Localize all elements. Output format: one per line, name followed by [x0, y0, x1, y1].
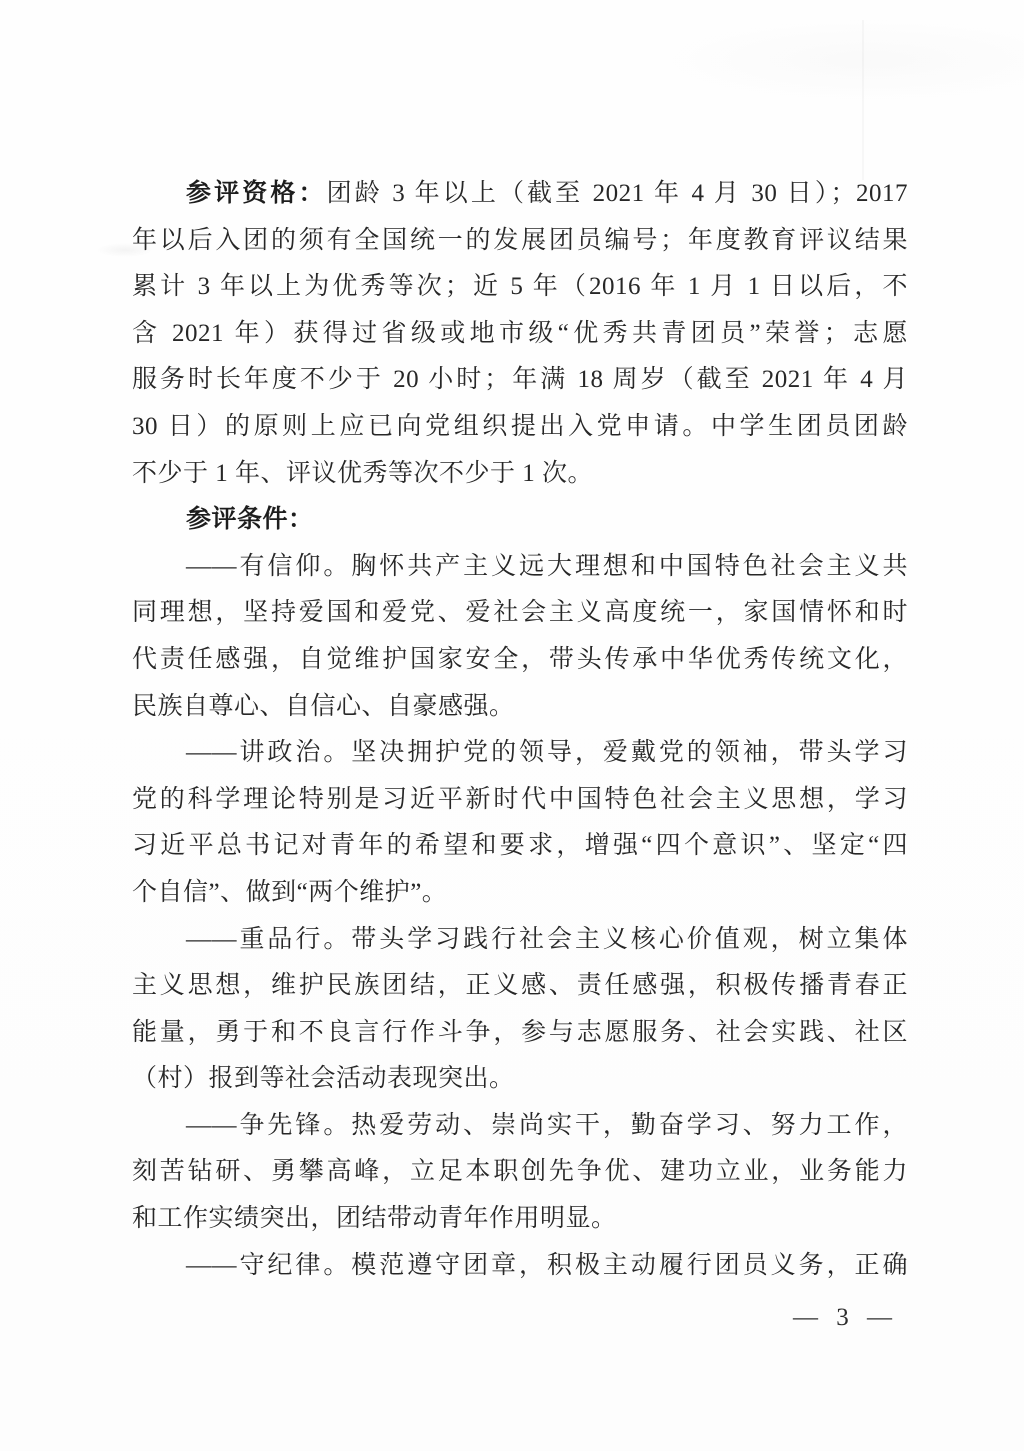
text-block: 参评资格：团龄 3 年以上（截至 2021 年 4 月 30 日）；2017年以…: [132, 171, 908, 1289]
text-line: ——有信仰。胸怀共产主义远大理想和中国特色社会主义共: [132, 544, 908, 591]
text-line: 30 日）的原则上应已向党组织提出入党申请。中学生团员团龄: [132, 404, 908, 451]
text-line: 代责任感强，自觉维护国家安全，带头传承中华优秀传统文化，: [132, 637, 908, 684]
line-text: 刻苦钻研、勇攀高峰，立足本职创先争优、建功立业，业务能力: [132, 1158, 908, 1185]
line-text: 累计 3 年以上为优秀等次；近 5 年（2016 年 1 月 1 日以后，不: [132, 273, 908, 300]
line-lead: 参评资格：: [186, 180, 327, 207]
text-line: 不少于 1 年、评议优秀等次不少于 1 次。: [132, 451, 908, 498]
line-text: ——有信仰。胸怀共产主义远大理想和中国特色社会主义共: [186, 553, 908, 580]
text-line: ——争先锋。热爱劳动、崇尚实干，勤奋学习、努力工作，: [132, 1103, 908, 1150]
page-number: — 3 —: [132, 1304, 908, 1332]
line-text: ——争先锋。热爱劳动、崇尚实干，勤奋学习、努力工作，: [186, 1112, 908, 1139]
line-text: 年以后入团的须有全国统一的发展团员编号；年度教育评议结果: [132, 227, 908, 254]
text-line: 能量，勇于和不良言行作斗争，参与志愿服务、社会实践、社区: [132, 1010, 908, 1057]
line-text: 个自信”、做到“两个维护”。: [132, 879, 447, 906]
text-line: ——讲政治。坚决拥护党的领导，爱戴党的领袖，带头学习: [132, 730, 908, 777]
scan-artifact: [862, 20, 864, 180]
line-text: ——讲政治。坚决拥护党的领导，爱戴党的领袖，带头学习: [186, 739, 908, 766]
text-line: 党的科学理论特别是习近平新时代中国特色社会主义思想，学习: [132, 777, 908, 824]
text-line: （村）报到等社会活动表现突出。: [132, 1056, 908, 1103]
line-text: （村）报到等社会活动表现突出。: [132, 1065, 515, 1092]
line-text: 代责任感强，自觉维护国家安全，带头传承中华优秀传统文化，: [132, 646, 908, 673]
scanned-document-page: 参评资格：团龄 3 年以上（截至 2021 年 4 月 30 日）；2017年以…: [0, 0, 1024, 1451]
text-line: 刻苦钻研、勇攀高峰，立足本职创先争优、建功立业，业务能力: [132, 1149, 908, 1196]
line-text: 同理想，坚持爱国和爱党、爱社会主义高度统一，家国情怀和时: [132, 599, 908, 626]
line-text: 党的科学理论特别是习近平新时代中国特色社会主义思想，学习: [132, 786, 908, 813]
line-text: 30 日）的原则上应已向党组织提出入党申请。中学生团员团龄: [132, 413, 908, 440]
text-line: 习近平总书记对青年的希望和要求，增强“四个意识”、坚定“四: [132, 823, 908, 870]
line-text: ——守纪律。模范遵守团章，积极主动履行团员义务，正确: [186, 1252, 908, 1279]
line-text: 不少于 1 年、评议优秀等次不少于 1 次。: [132, 460, 593, 487]
text-line: 同理想，坚持爱国和爱党、爱社会主义高度统一，家国情怀和时: [132, 590, 908, 637]
text-line: 含 2021 年）获得过省级或地市级“优秀共青团员”荣誉；志愿: [132, 311, 908, 358]
line-lead: 参评条件：: [186, 506, 314, 533]
line-text: 习近平总书记对青年的希望和要求，增强“四个意识”、坚定“四: [132, 832, 908, 859]
text-line: 参评条件：: [132, 497, 908, 544]
text-line: ——守纪律。模范遵守团章，积极主动履行团员义务，正确: [132, 1243, 908, 1290]
line-text: 团龄 3 年以上（截至 2021 年 4 月 30 日）；2017: [327, 180, 908, 207]
line-text: 能量，勇于和不良言行作斗争，参与志愿服务、社会实践、社区: [132, 1019, 908, 1046]
line-text: 民族自尊心、自信心、自豪感强。: [132, 693, 515, 720]
line-text: 主义思想，维护民族团结，正义感、责任感强，积极传播青春正: [132, 972, 908, 999]
text-line: ——重品行。带头学习践行社会主义核心价值观，树立集体: [132, 917, 908, 964]
line-text: 服务时长年度不少于 20 小时；年满 18 周岁（截至 2021 年 4 月: [132, 366, 908, 393]
text-line: 民族自尊心、自信心、自豪感强。: [132, 684, 908, 731]
line-text: 含 2021 年）获得过省级或地市级“优秀共青团员”荣誉；志愿: [132, 320, 908, 347]
text-line: 主义思想，维护民族团结，正义感、责任感强，积极传播青春正: [132, 963, 908, 1010]
text-line: 累计 3 年以上为优秀等次；近 5 年（2016 年 1 月 1 日以后，不: [132, 264, 908, 311]
text-line: 参评资格：团龄 3 年以上（截至 2021 年 4 月 30 日）；2017: [132, 171, 908, 218]
line-text: 和工作实绩突出，团结带动青年作用明显。: [132, 1205, 617, 1232]
text-line: 个自信”、做到“两个维护”。: [132, 870, 908, 917]
line-text: ——重品行。带头学习践行社会主义核心价值观，树立集体: [186, 926, 908, 953]
text-line: 和工作实绩突出，团结带动青年作用明显。: [132, 1196, 908, 1243]
text-line: 年以后入团的须有全国统一的发展团员编号；年度教育评议结果: [132, 218, 908, 265]
text-line: 服务时长年度不少于 20 小时；年满 18 周岁（截至 2021 年 4 月: [132, 357, 908, 404]
